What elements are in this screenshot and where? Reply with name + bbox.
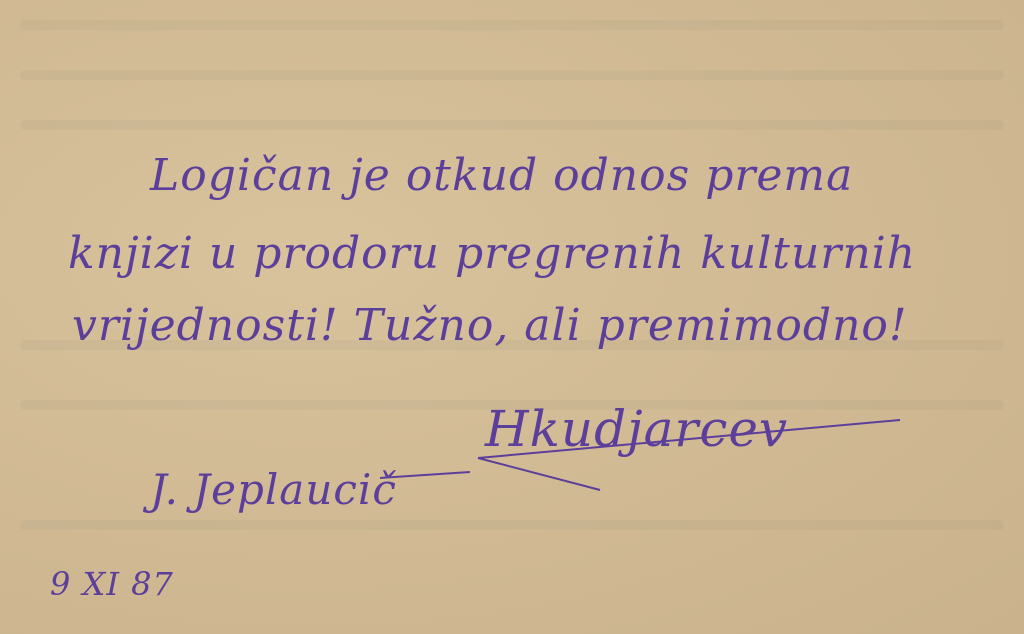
inscription-date: 9 XI 87 xyxy=(50,565,174,603)
signature-secondary: J. Jeplaucič xyxy=(150,465,397,514)
signature-main: Hkudjarcev xyxy=(485,400,788,458)
signature-flourish-strokes xyxy=(0,0,1024,634)
